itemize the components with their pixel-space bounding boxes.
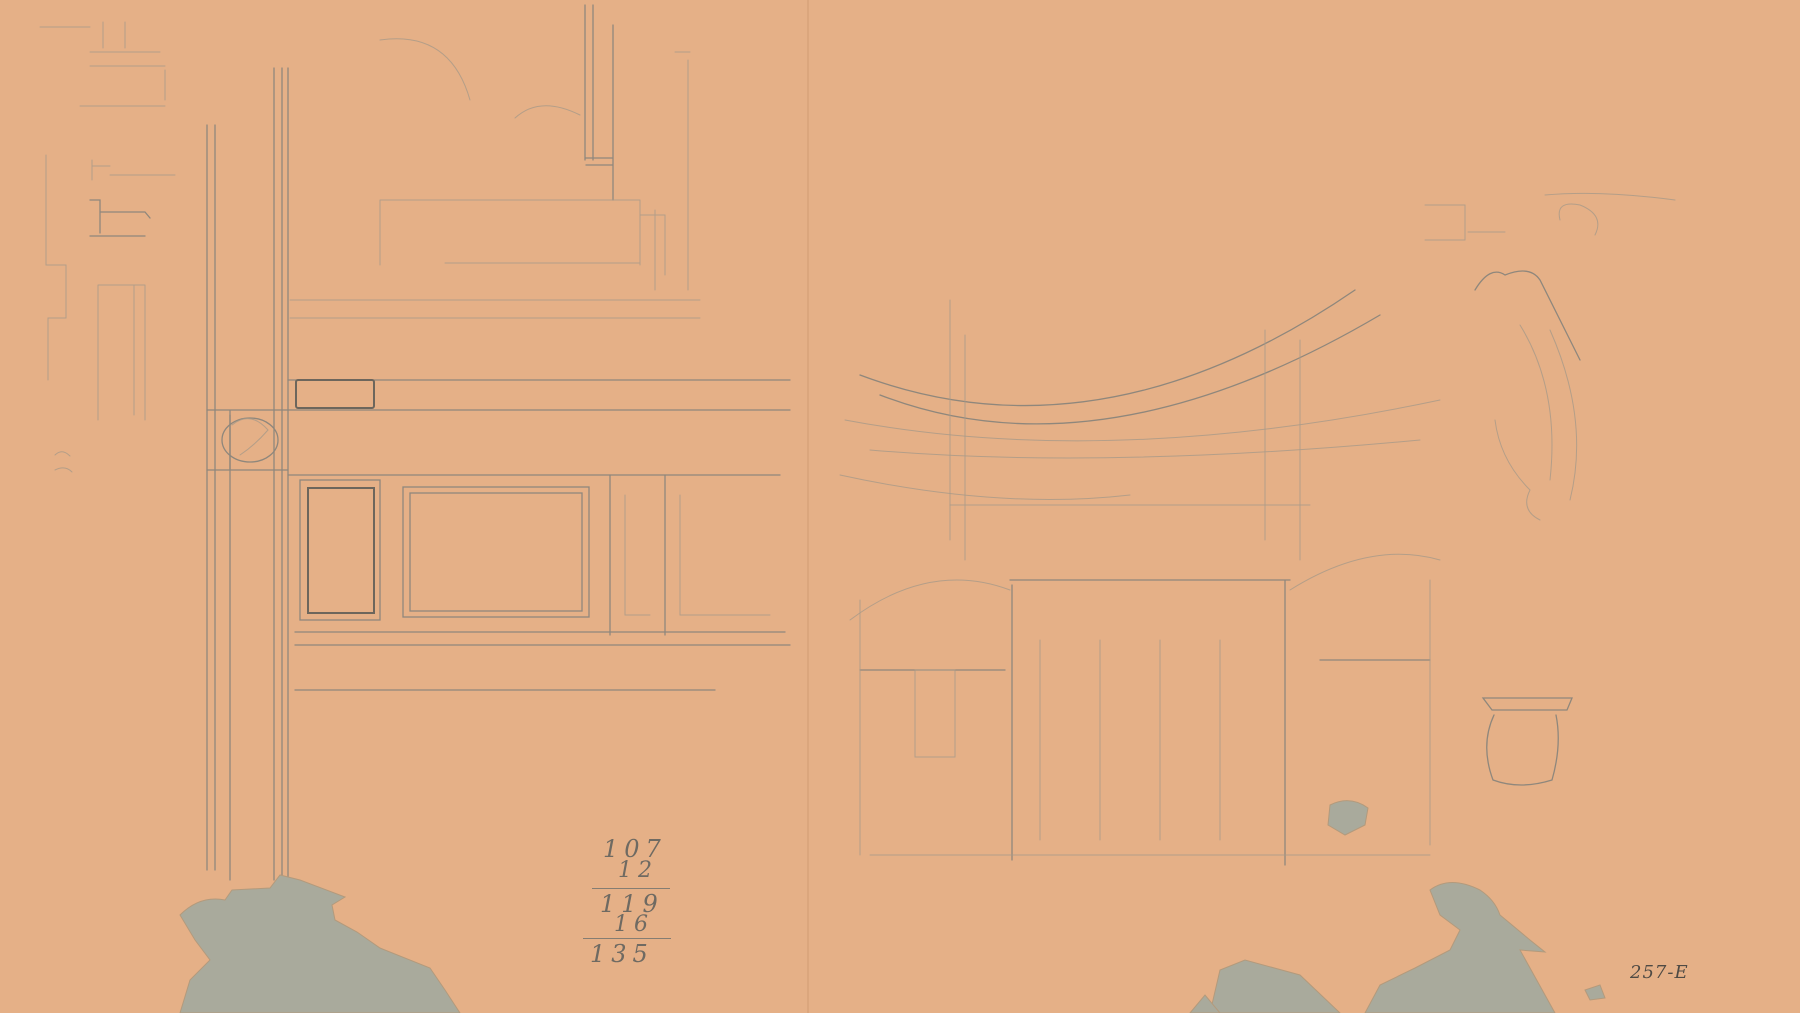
cornice-sketch (290, 5, 700, 318)
paper-losses (180, 801, 1605, 1013)
calc-line-2: 12 (618, 858, 658, 883)
sum-divider-2 (583, 938, 671, 939)
dragon-bracket (1425, 193, 1675, 520)
pencil-drawing (0, 0, 1800, 1013)
wall-elevation (207, 68, 790, 880)
sketch-sheet: 107 12 119 16 135 257-E (0, 0, 1800, 1013)
sum-divider-1 (592, 888, 670, 889)
calc-total: 135 (590, 940, 654, 968)
baluster-vase (1483, 698, 1572, 785)
calc-line-4: 16 (614, 912, 654, 937)
moulding-profiles (40, 22, 175, 472)
pavilion-sketch (840, 290, 1440, 865)
inventory-number: 257-E (1630, 962, 1689, 983)
